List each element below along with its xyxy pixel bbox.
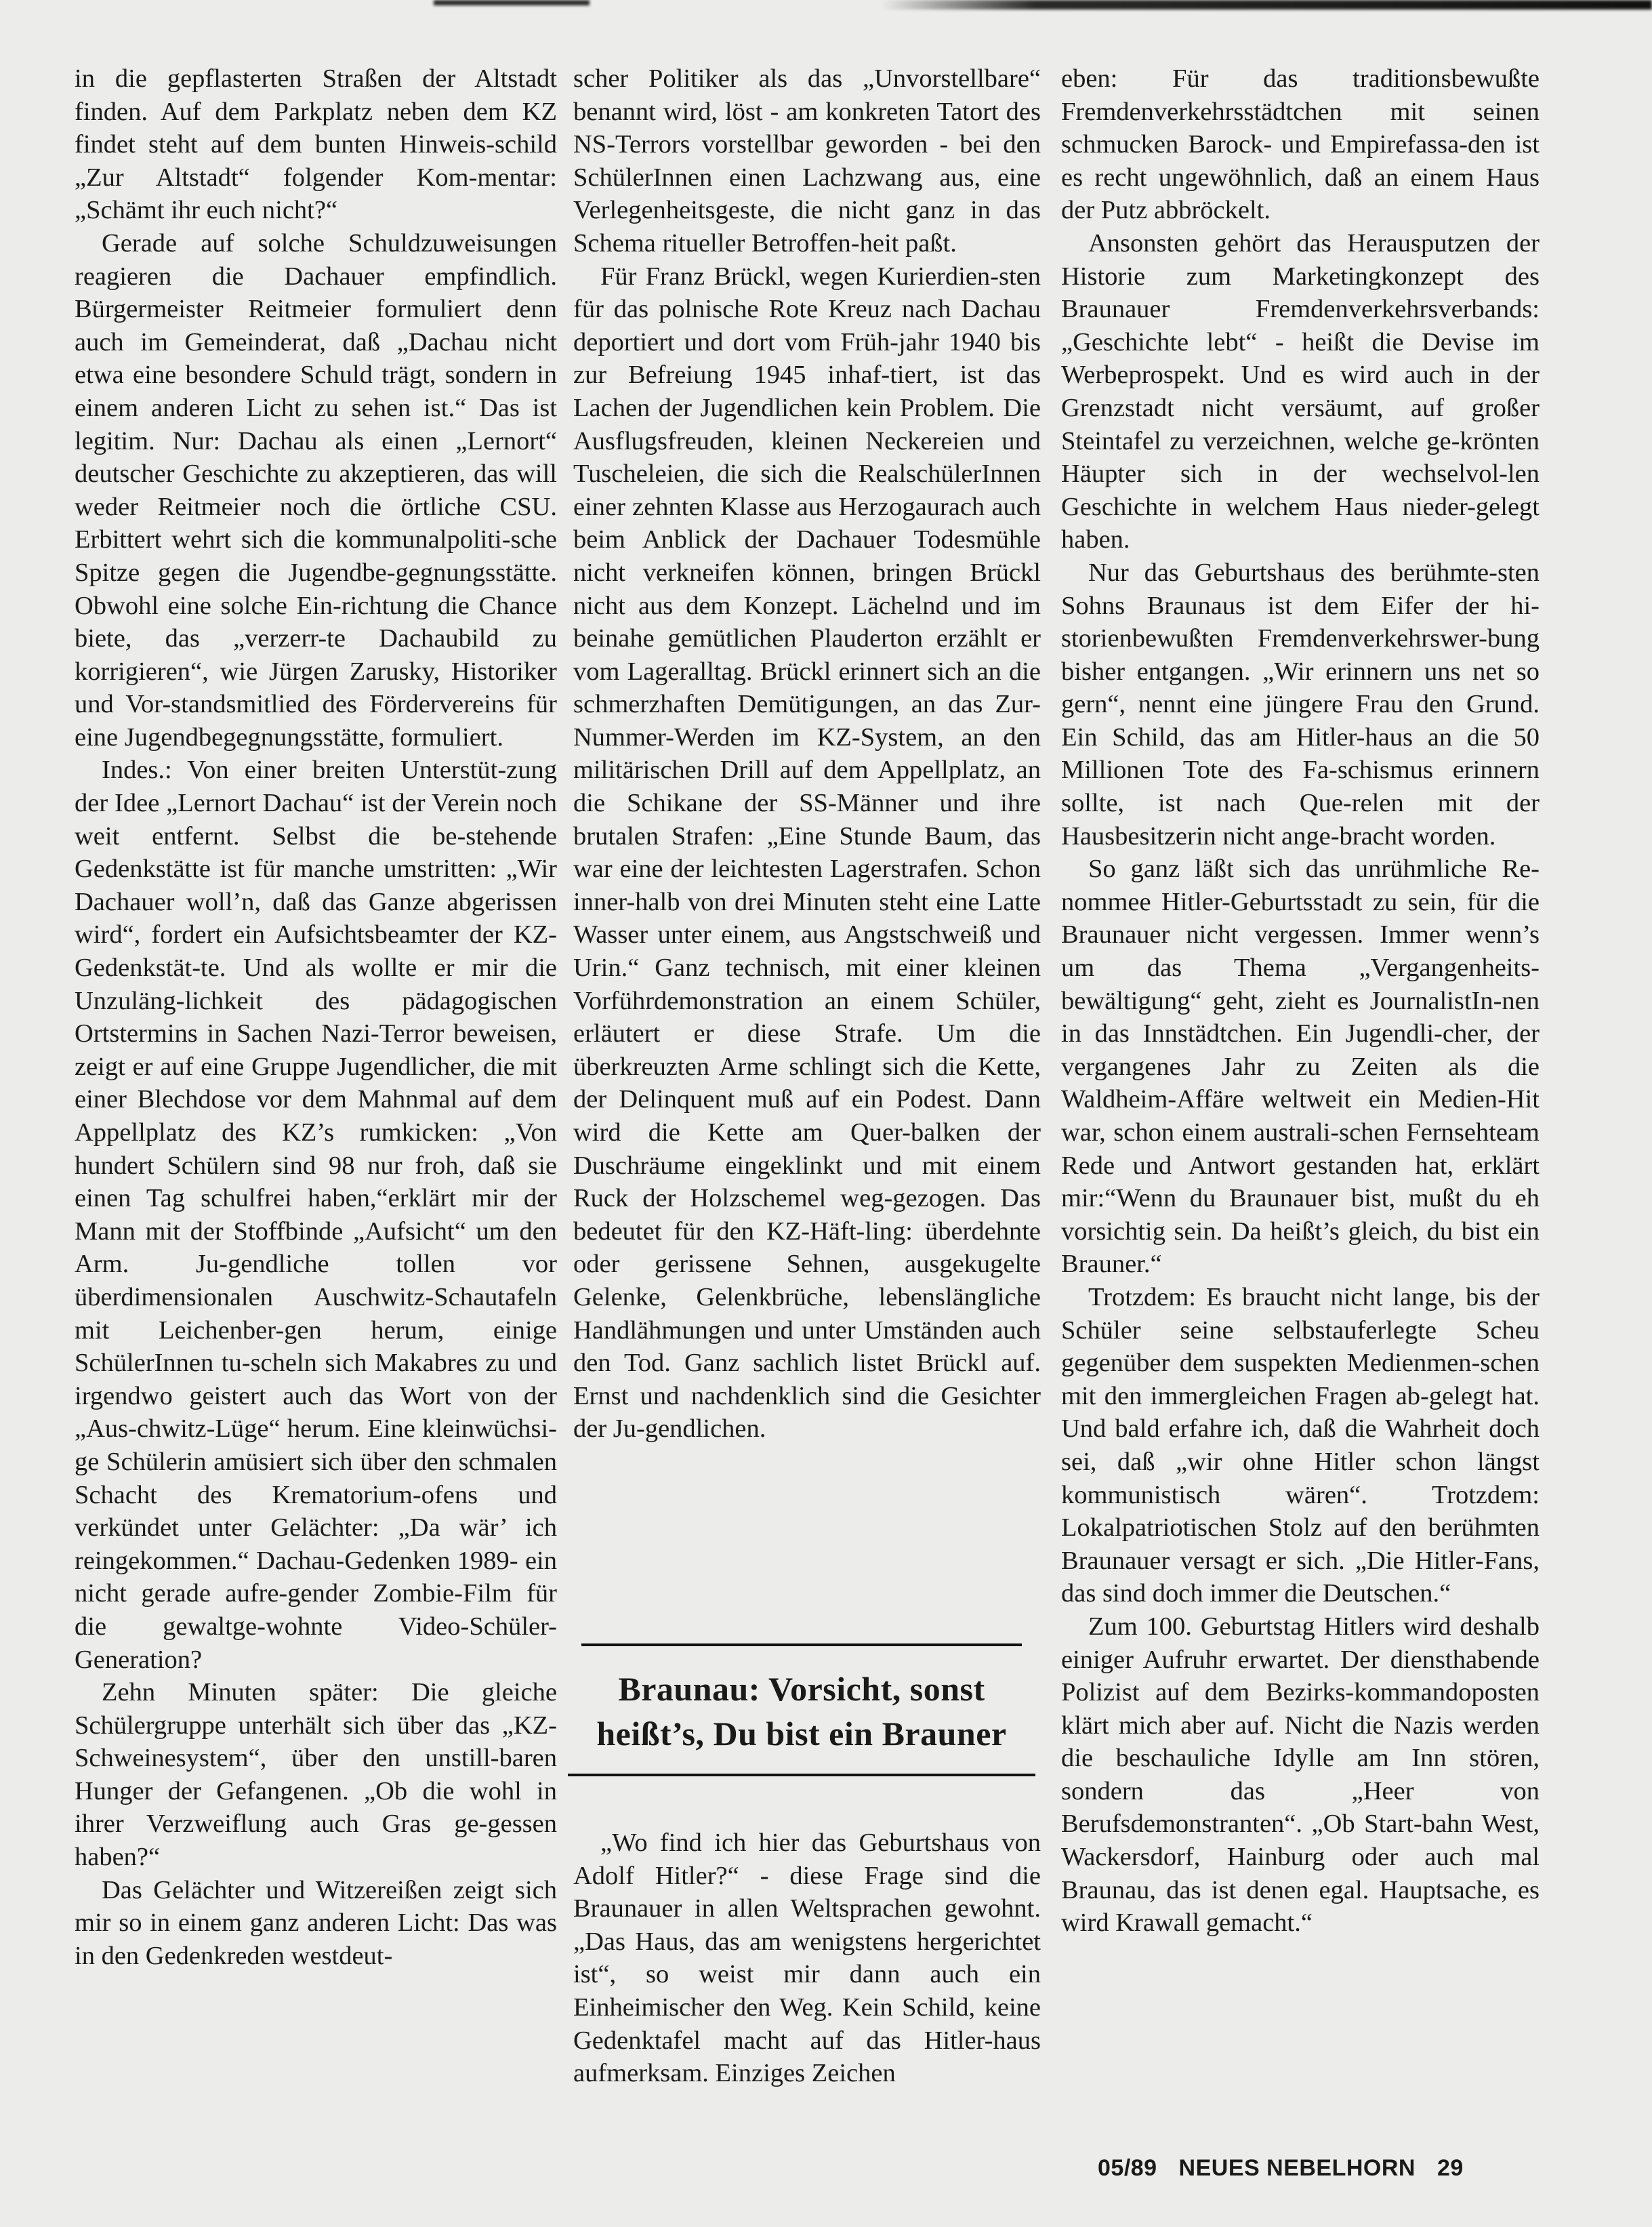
paragraph: scher Politiker als das „Unvorstellbare“… xyxy=(573,62,1041,260)
paragraph: Das Gelächter und Witzereißen zeigt sich… xyxy=(75,1874,557,1973)
paragraph: Nur das Geburtshaus des berühmte-sten So… xyxy=(1061,556,1540,853)
scan-artifact-top-right xyxy=(881,0,1652,9)
article-column-3: eben: Für das traditionsbewußte Fremdenv… xyxy=(1061,62,1540,1940)
scan-artifact-top-left xyxy=(434,0,590,5)
page-number: 29 xyxy=(1437,2155,1464,2181)
headline-line-1: Braunau: Vorsicht, sonst xyxy=(568,1667,1035,1711)
paragraph: Zum 100. Geburtstag Hitlers wird deshalb… xyxy=(1061,1610,1540,1940)
paragraph: Ansonsten gehört das Herausputzen der Hi… xyxy=(1061,227,1540,556)
article-column-2: scher Politiker als das „Unvorstellbare“… xyxy=(573,62,1041,1446)
paragraph: So ganz läßt sich das unrühmliche Re-nom… xyxy=(1061,853,1540,1281)
paragraph: „Wo find ich hier das Geburtshaus von Ad… xyxy=(573,1826,1041,2090)
issue-number: 05/89 xyxy=(1098,2155,1157,2181)
page-footer: 05/89 NEUES NEBELHORN 29 xyxy=(1098,2155,1479,2182)
paragraph: Zehn Minuten später: Die gleiche Schüler… xyxy=(75,1676,557,1874)
paragraph: Indes.: Von einer breiten Unterstüt-zung… xyxy=(75,754,557,1676)
article-column-1: in die gepflasterten Straßen der Altstad… xyxy=(75,62,557,1972)
paragraph: Für Franz Brückl, wegen Kurierdien-sten … xyxy=(573,260,1041,1446)
section-headline: Braunau: Vorsicht, sonst heißt’s, Du bis… xyxy=(568,1667,1035,1756)
paragraph: Gerade auf solche Schuldzuweisungen reag… xyxy=(75,227,557,754)
paragraph: Trotzdem: Es braucht nicht lange, bis de… xyxy=(1061,1281,1540,1610)
headline-line-2: heißt’s, Du bist ein Brauner xyxy=(568,1711,1035,1756)
paragraph: in die gepflasterten Straßen der Altstad… xyxy=(75,62,557,227)
paragraph: eben: Für das traditionsbewußte Fremdenv… xyxy=(1061,62,1540,227)
article-column-2-continued: „Wo find ich hier das Geburtshaus von Ad… xyxy=(573,1826,1041,2090)
headline-rule-top xyxy=(581,1643,1022,1646)
section-headline-block: Braunau: Vorsicht, sonst heißt’s, Du bis… xyxy=(568,1643,1035,1776)
headline-rule-bottom xyxy=(568,1774,1035,1776)
publication-name: NEUES NEBELHORN xyxy=(1179,2155,1416,2181)
